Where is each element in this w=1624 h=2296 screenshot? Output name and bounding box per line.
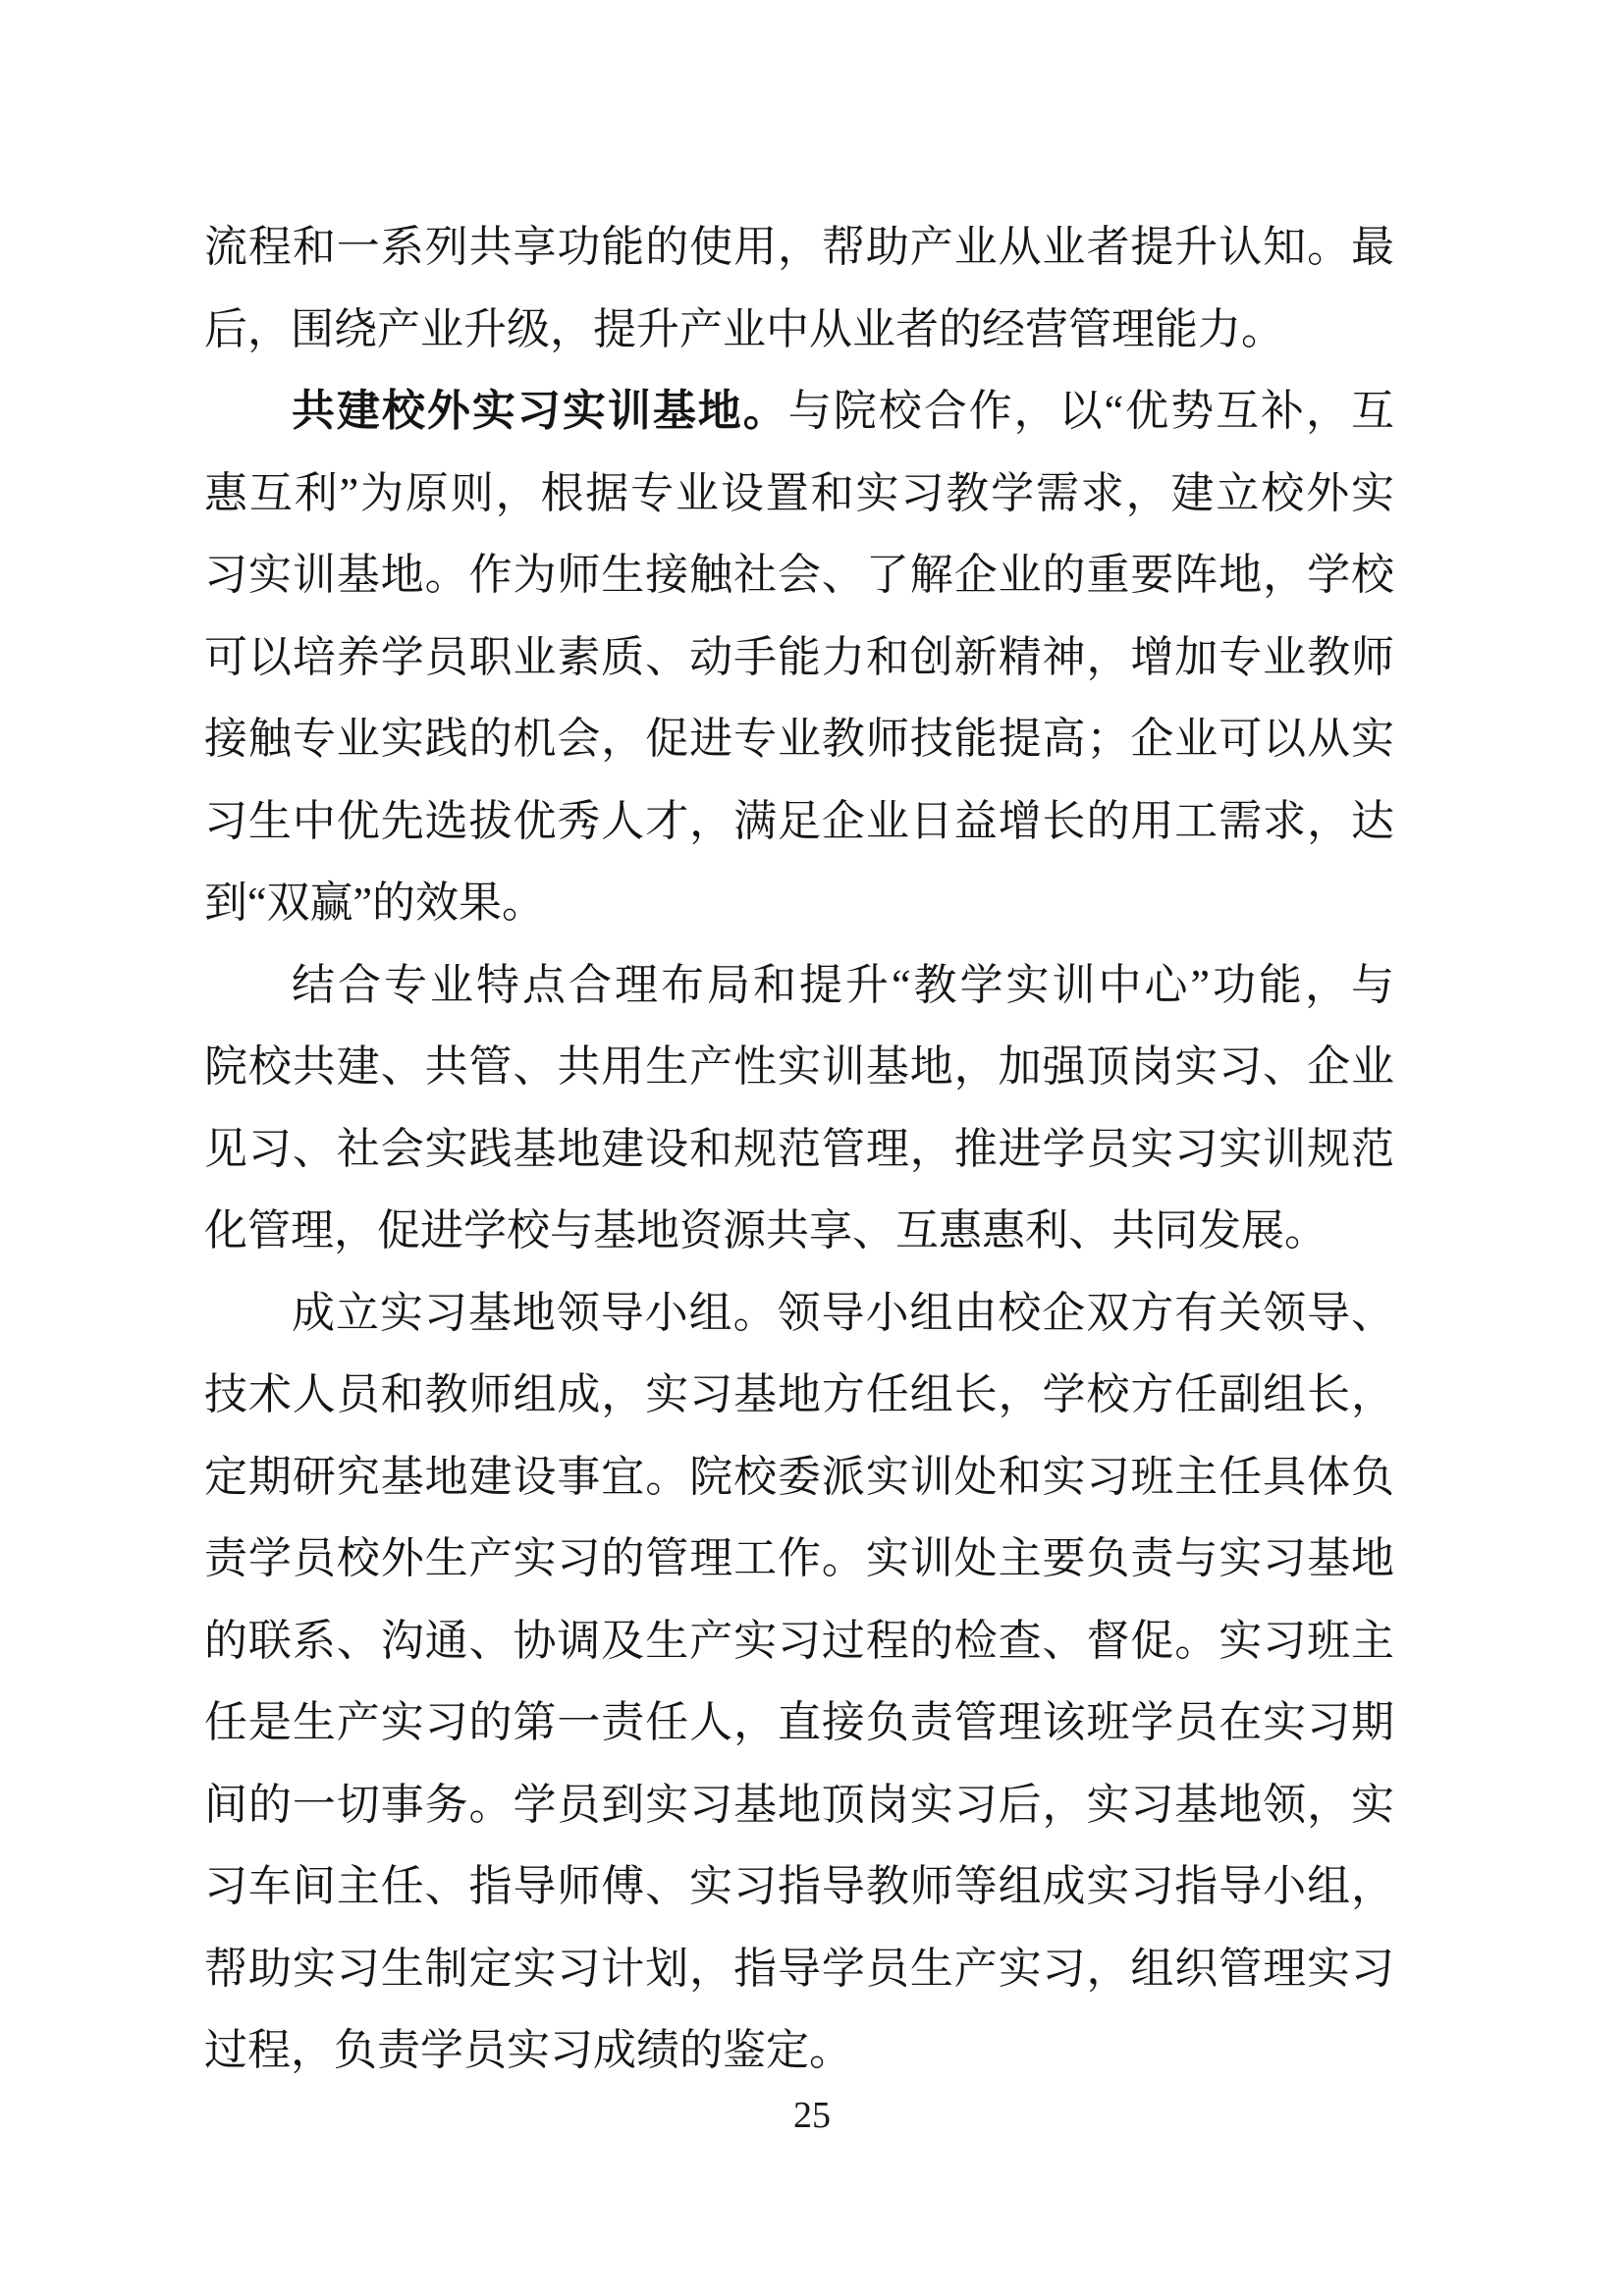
text-segment: 责学员校外生产实习的管理工作。实训处主要负责与实习基地 (204, 1534, 1394, 1582)
text-segment: 间的一切事务。学员到实习基地顶岗实习后，实习基地领，实 (204, 1781, 1394, 1829)
text-segment: 技术人员和教师组成，实习基地方任组长，学校方任副组长， (204, 1370, 1394, 1418)
text-line: 习实训基地。作为师生接触社会、了解企业的重要阵地，学校 (204, 534, 1394, 616)
text-segment: 化管理，促进学校与基地资源共享、互惠惠利、共同发展。 (204, 1206, 1327, 1255)
text-line: 习生中优先选拔优秀人才，满足企业日益增长的用工需求，达 (204, 780, 1394, 863)
text-segment: 结合专业特点合理布局和提升“教学实训中心”功能，与 (292, 961, 1394, 1009)
text-line: 院校共建、共管、共用生产性实训基地，加强顶岗实习、企业 (204, 1026, 1394, 1108)
text-segment: 与院校合作，以“优势互补，互 (788, 387, 1394, 435)
text-segment: 惠互利”为原则，根据专业设置和实习教学需求，建立校外实 (204, 469, 1394, 517)
text-segment: 可以培养学员职业素质、动手能力和创新精神，增加专业教师 (204, 633, 1394, 681)
text-line: 见习、社会实践基地建设和规范管理，推进学员实习实训规范 (204, 1108, 1394, 1191)
text-segment: 后，围绕产业升级，提升产业中从业者的经营管理能力。 (204, 305, 1284, 353)
text-line: 定期研究基地建设事宜。院校委派实训处和实习班主任具体负 (204, 1436, 1394, 1519)
text-segment: 任是生产实习的第一责任人，直接负责管理该班学员在实习期 (204, 1698, 1394, 1746)
text-line: 结合专业特点合理布局和提升“教学实训中心”功能，与 (204, 944, 1394, 1027)
text-segment: 的联系、沟通、协调及生产实习过程的检查、督促。实习班主 (204, 1617, 1394, 1665)
text-segment: 习车间主任、指导师傅、实习指导教师等组成实习指导小组， (204, 1862, 1394, 1910)
text-line: 惠互利”为原则，根据专业设置和实习教学需求，建立校外实 (204, 453, 1394, 535)
text-segment: 过程，负责学员实习成绩的鉴定。 (204, 2026, 852, 2074)
text-segment: 流程和一系列共享功能的使用，帮助产业从业者提升认知。最 (204, 223, 1394, 271)
text-line: 责学员校外生产实习的管理工作。实训处主要负责与实习基地 (204, 1518, 1394, 1600)
text-line: 帮助实习生制定实习计划，指导学员生产实习，组织管理实习 (204, 1928, 1394, 2010)
text-line: 到“双赢”的效果。 (204, 862, 1394, 944)
text-segment: 院校共建、共管、共用生产性实训基地，加强顶岗实习、企业 (204, 1042, 1394, 1091)
text-line: 接触专业实践的机会，促进专业教师技能提高；企业可以从实 (204, 698, 1394, 780)
text-segment: 习生中优先选拔优秀人才，满足企业日益增长的用工需求，达 (204, 797, 1394, 845)
text-segment: 见习、社会实践基地建设和规范管理，推进学员实习实训规范 (204, 1125, 1394, 1173)
text-line: 过程，负责学员实习成绩的鉴定。 (204, 2009, 1394, 2092)
text-line: 习车间主任、指导师傅、实习指导教师等组成实习指导小组， (204, 1845, 1394, 1928)
text-segment: 定期研究基地建设事宜。院校委派实训处和实习班主任具体负 (204, 1453, 1394, 1501)
text-line: 后，围绕产业升级，提升产业中从业者的经营管理能力。 (204, 289, 1394, 371)
text-line: 可以培养学员职业素质、动手能力和创新精神，增加专业教师 (204, 616, 1394, 699)
text-segment: 接触专业实践的机会，促进专业教师技能提高；企业可以从实 (204, 715, 1394, 763)
text-line: 流程和一系列共享功能的使用，帮助产业从业者提升认知。最 (204, 206, 1394, 289)
text-segment: 帮助实习生制定实习计划，指导学员生产实习，组织管理实习 (204, 1945, 1394, 1993)
text-line: 共建校外实习实训基地。与院校合作，以“优势互补，互 (204, 370, 1394, 453)
text-line: 成立实习基地领导小组。领导小组由校企双方有关领导、 (204, 1272, 1394, 1355)
text-segment: 习实训基地。作为师生接触社会、了解企业的重要阵地，学校 (204, 551, 1394, 599)
page-number: 25 (0, 2093, 1624, 2138)
bold-run-in-heading: 共建校外实习实训基地。 (292, 387, 788, 435)
document-body: 流程和一系列共享功能的使用，帮助产业从业者提升认知。最后，围绕产业升级，提升产业… (204, 206, 1394, 2092)
text-line: 间的一切事务。学员到实习基地顶岗实习后，实习基地领，实 (204, 1764, 1394, 1846)
text-line: 的联系、沟通、协调及生产实习过程的检查、督促。实习班主 (204, 1600, 1394, 1682)
text-segment: 到“双赢”的效果。 (204, 879, 545, 927)
text-line: 技术人员和教师组成，实习基地方任组长，学校方任副组长， (204, 1354, 1394, 1436)
text-segment: 成立实习基地领导小组。领导小组由校企双方有关领导、 (292, 1289, 1394, 1337)
text-line: 任是生产实习的第一责任人，直接负责管理该班学员在实习期 (204, 1682, 1394, 1764)
document-page: 流程和一系列共享功能的使用，帮助产业从业者提升认知。最后，围绕产业升级，提升产业… (0, 0, 1624, 2296)
text-line: 化管理，促进学校与基地资源共享、互惠惠利、共同发展。 (204, 1190, 1394, 1272)
